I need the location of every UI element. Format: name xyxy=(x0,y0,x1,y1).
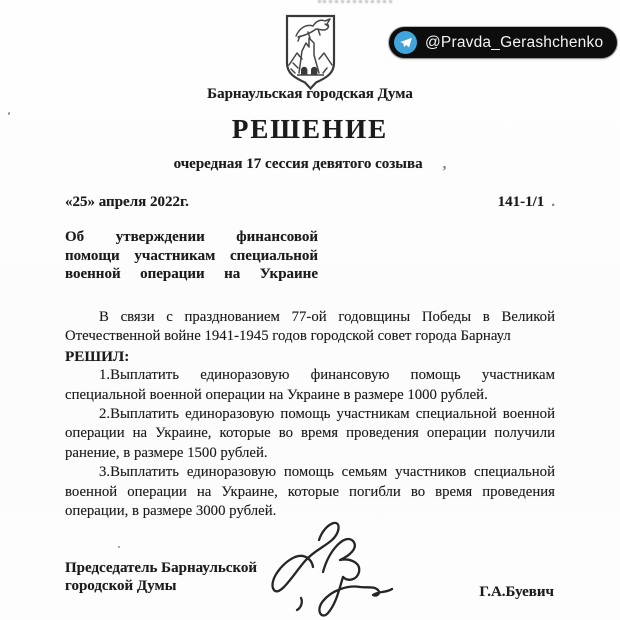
signer-position: Председатель Барнаульской городской Думы xyxy=(65,560,257,595)
subject-line: помощи участникам специальной xyxy=(65,247,318,266)
document-title: РЕШЕНИЕ xyxy=(0,114,620,145)
scan-speck xyxy=(118,546,120,548)
document-page: @Pravda_Gerashchenko Барнаульская городс… xyxy=(0,0,620,620)
document-subject: Об утверждении финансовой помощи участни… xyxy=(65,228,318,284)
telegram-watermark-badge[interactable]: @Pravda_Gerashchenko xyxy=(389,27,617,58)
telegram-paper-plane-icon xyxy=(394,31,417,54)
barnaul-coat-of-arms-icon xyxy=(283,13,338,92)
session-line: очередная 17 сессия девятого созыва, xyxy=(0,156,620,173)
document-body: В связи с празднованием 77-ой годовщины … xyxy=(65,308,555,521)
stray-mark: . xyxy=(551,194,555,210)
date-number-row: «25» апреля 2022г. 141-1/1. xyxy=(65,194,555,211)
resolved-label: РЕШИЛ: xyxy=(65,347,555,366)
intro-paragraph: В связи с празднованием 77-ой годовщины … xyxy=(65,308,555,347)
signer-position-line: городской Думы xyxy=(65,578,257,596)
resolution-item: 2.Выплатить единоразовую помощь участник… xyxy=(65,405,555,463)
cut-off-text-fragment xyxy=(318,0,392,9)
stray-mark: , xyxy=(443,156,447,172)
resolution-item: 3.Выплатить единоразовую помощь семьям у… xyxy=(65,463,555,521)
document-date: «25» апреля 2022г. xyxy=(65,194,189,211)
signer-position-line: Председатель Барнаульской xyxy=(65,560,257,578)
resolution-item: 1.Выплатить единоразовую финансовую помо… xyxy=(65,366,555,405)
session-text: очередная 17 сессия девятого созыва xyxy=(174,156,423,172)
handwritten-signature xyxy=(262,516,404,620)
issuing-authority: Барнаульская городская Дума xyxy=(0,86,620,103)
subject-line: Об утверждении финансовой xyxy=(65,228,318,247)
subject-line: военной операции на Украине xyxy=(65,265,318,284)
telegram-handle: @Pravda_Gerashchenko xyxy=(425,34,603,52)
document-number-wrap: 141-1/1. xyxy=(498,194,555,211)
document-number: 141-1/1 xyxy=(498,194,545,210)
signer-name: Г.А.Буевич xyxy=(479,584,554,601)
